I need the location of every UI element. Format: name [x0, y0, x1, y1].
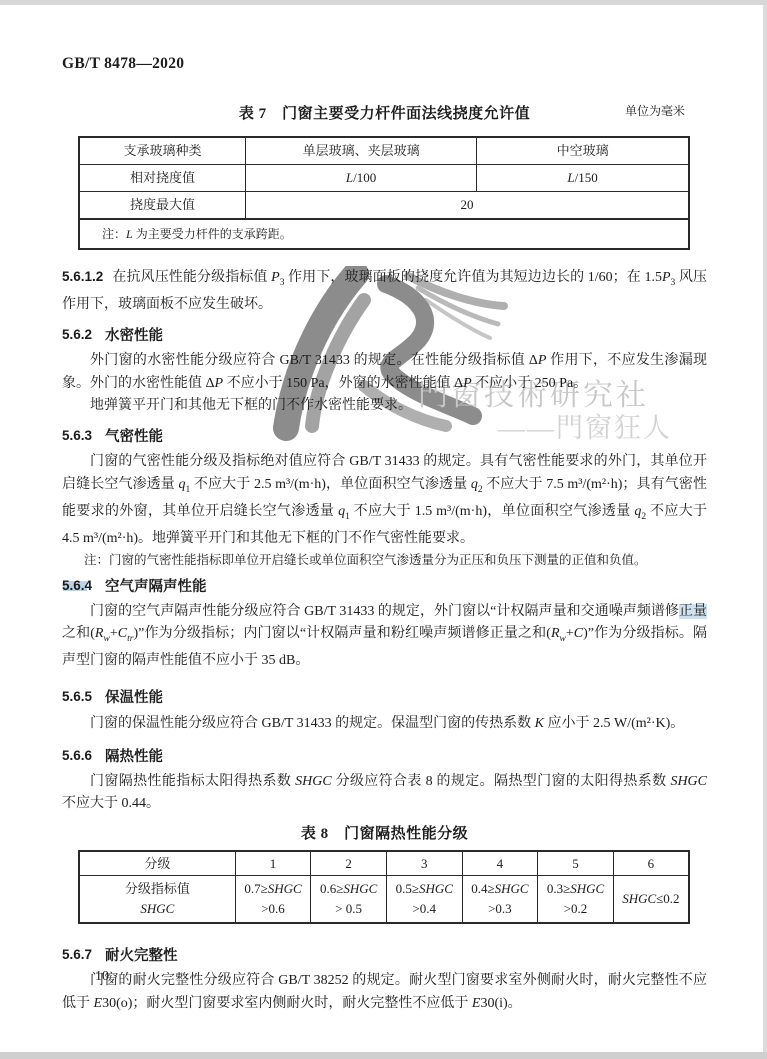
heading-567-number: 5.6.7 [62, 947, 92, 962]
heading-562-title: 水密性能 [105, 324, 163, 345]
heading-567-title: 耐火完整性 [105, 944, 178, 965]
table8-header-class: 分级 [79, 851, 235, 876]
table8-caption: 表 8 门窗隔热性能分级 [301, 826, 468, 842]
para-562-1: 外门窗的水密性能分级应符合 GB/T 31433 的规定。在性能分级指标值 ΔP… [62, 350, 707, 395]
table7-row-relative-deflection: 相对挠度值 L/100 L/150 [79, 165, 689, 192]
heading-565-title: 保温性能 [105, 686, 163, 707]
table8-header-4: 4 [462, 851, 538, 876]
table8-cell-3: 0.5≥SHGC>0.4 [386, 876, 462, 924]
table7-header-glass-type: 支承玻璃种类 [79, 137, 246, 165]
table7-max-value: 20 [246, 192, 689, 220]
table7-caption-row: 表 7 门窗主要受力杆件面法线挠度允许值 单位为毫米 [62, 102, 707, 120]
heading-566: 5.6.6 隔热性能 [62, 745, 707, 765]
para-563-1: 门窗的气密性能分级及指标绝对值应符合 GB/T 31433 的规定。具有气密性能… [62, 451, 707, 550]
table8-row-label: 分级指标值SHGC [79, 876, 235, 924]
para-562-2: 地弹簧平开门和其他无下框的门不作水密性能要求。 [62, 395, 707, 417]
scan-edge-bottom [0, 1052, 767, 1059]
heading-566-number: 5.6.6 [62, 748, 92, 763]
table7-max-label: 挠度最大值 [79, 192, 246, 220]
heading-562: 5.6.2 水密性能 [62, 324, 707, 344]
standard-number: GB/T 8478—2020 [62, 55, 707, 73]
table8-value-row: 分级指标值SHGC 0.7≥SHGC>0.6 0.6≥SHGC> 0.5 0.5… [79, 876, 689, 924]
table7-unit-note: 单位为毫米 [625, 102, 685, 119]
table7-row-max-deflection: 挠度最大值 20 [79, 192, 689, 220]
scanned-standard-page: { "page": { "doc_code": "GB/T 8478—2020"… [0, 0, 767, 1059]
table7-deflection-limits: 支承玻璃种类 单层玻璃、夹层玻璃 中空玻璃 相对挠度值 L/100 L/150 … [78, 136, 690, 250]
heading-565-number: 5.6.5 [62, 689, 92, 704]
page-number: 10 [95, 969, 109, 985]
table8-shgc-classes: 分级 1 2 3 4 5 6 分级指标值SHGC 0.7≥SHGC>0.6 0.… [78, 850, 690, 925]
clause-5612: 5.6.1.2在抗风压性能分级指标值 P3 作用下，玻璃面板的挠度允许值为其短边… [62, 266, 707, 316]
table7-note-row: 注：L 为主要受力杆件的支承跨距。 [79, 219, 689, 249]
table7-note: 注：L 为主要受力杆件的支承跨距。 [79, 219, 689, 249]
para-566-1: 门窗隔热性能指标太阳得热系数 SHGC 分级应符合表 8 的规定。隔热型门窗的太… [62, 771, 707, 816]
para-567-1: 门窗的耐火完整性分级应符合 GB/T 38252 的规定。耐火型门窗要求室外侧耐… [62, 970, 707, 1015]
table8-header-1: 1 [235, 851, 311, 876]
table8-caption-row: 表 8 门窗隔热性能分级 [62, 822, 707, 840]
table8-header-5: 5 [538, 851, 614, 876]
heading-564-number: 5.6.4 [62, 578, 92, 593]
table8-header-3: 3 [386, 851, 462, 876]
scan-edge-right [763, 5, 767, 1052]
table7-caption: 表 7 门窗主要受力杆件面法线挠度允许值 [239, 106, 530, 122]
clause-5612-text: 在抗风压性能分级指标值 P3 作用下，玻璃面板的挠度允许值为其短边边长的 1/6… [62, 270, 707, 312]
heading-563-title: 气密性能 [105, 425, 163, 446]
heading-566-title: 隔热性能 [105, 745, 163, 766]
clause-5612-number: 5.6.1.2 [62, 269, 103, 284]
heading-562-number: 5.6.2 [62, 327, 92, 342]
table7-header-single-laminated: 单层玻璃、夹层玻璃 [246, 137, 477, 165]
table7-header-insulating: 中空玻璃 [477, 137, 689, 165]
table8-header-row: 分级 1 2 3 4 5 6 [79, 851, 689, 876]
heading-564: 5.6.4 空气声隔声性能 [62, 575, 707, 595]
table8-cell-2: 0.6≥SHGC> 0.5 [311, 876, 387, 924]
table8-header-6: 6 [613, 851, 689, 876]
para-565-1: 门窗的保温性能分级应符合 GB/T 31433 的规定。保温型门窗的传热系数 K… [62, 713, 707, 735]
table8-cell-1: 0.7≥SHGC>0.6 [235, 876, 311, 924]
note-563: 注：门窗的气密性能指标即单位开启缝长或单位面积空气渗透量分为正压和负压下测量的正… [62, 552, 707, 569]
page-content: GB/T 8478—2020 表 7 门窗主要受力杆件面法线挠度允许值 单位为毫… [0, 55, 767, 1015]
heading-565: 5.6.5 保温性能 [62, 687, 707, 707]
heading-564-title: 空气声隔声性能 [105, 575, 207, 596]
table8-cell-5: 0.3≥SHGC>0.2 [538, 876, 614, 924]
heading-563-number: 5.6.3 [62, 428, 92, 443]
heading-563: 5.6.3 气密性能 [62, 425, 707, 445]
heading-567: 5.6.7 耐火完整性 [62, 944, 707, 964]
table7-relative-insulating: L/150 [477, 165, 689, 192]
para-564-1: 门窗的空气声隔声性能分级应符合 GB/T 31433 的规定，外门窗以“计权隔声… [62, 601, 707, 673]
scan-edge-top [0, 0, 767, 5]
table8-cell-4: 0.4≥SHGC>0.3 [462, 876, 538, 924]
table7-relative-single: L/100 [246, 165, 477, 192]
table7-relative-label: 相对挠度值 [79, 165, 246, 192]
table8-header-2: 2 [311, 851, 387, 876]
table7-header-row: 支承玻璃种类 单层玻璃、夹层玻璃 中空玻璃 [79, 137, 689, 165]
table8-cell-6: SHGC≤0.2 [613, 876, 689, 924]
